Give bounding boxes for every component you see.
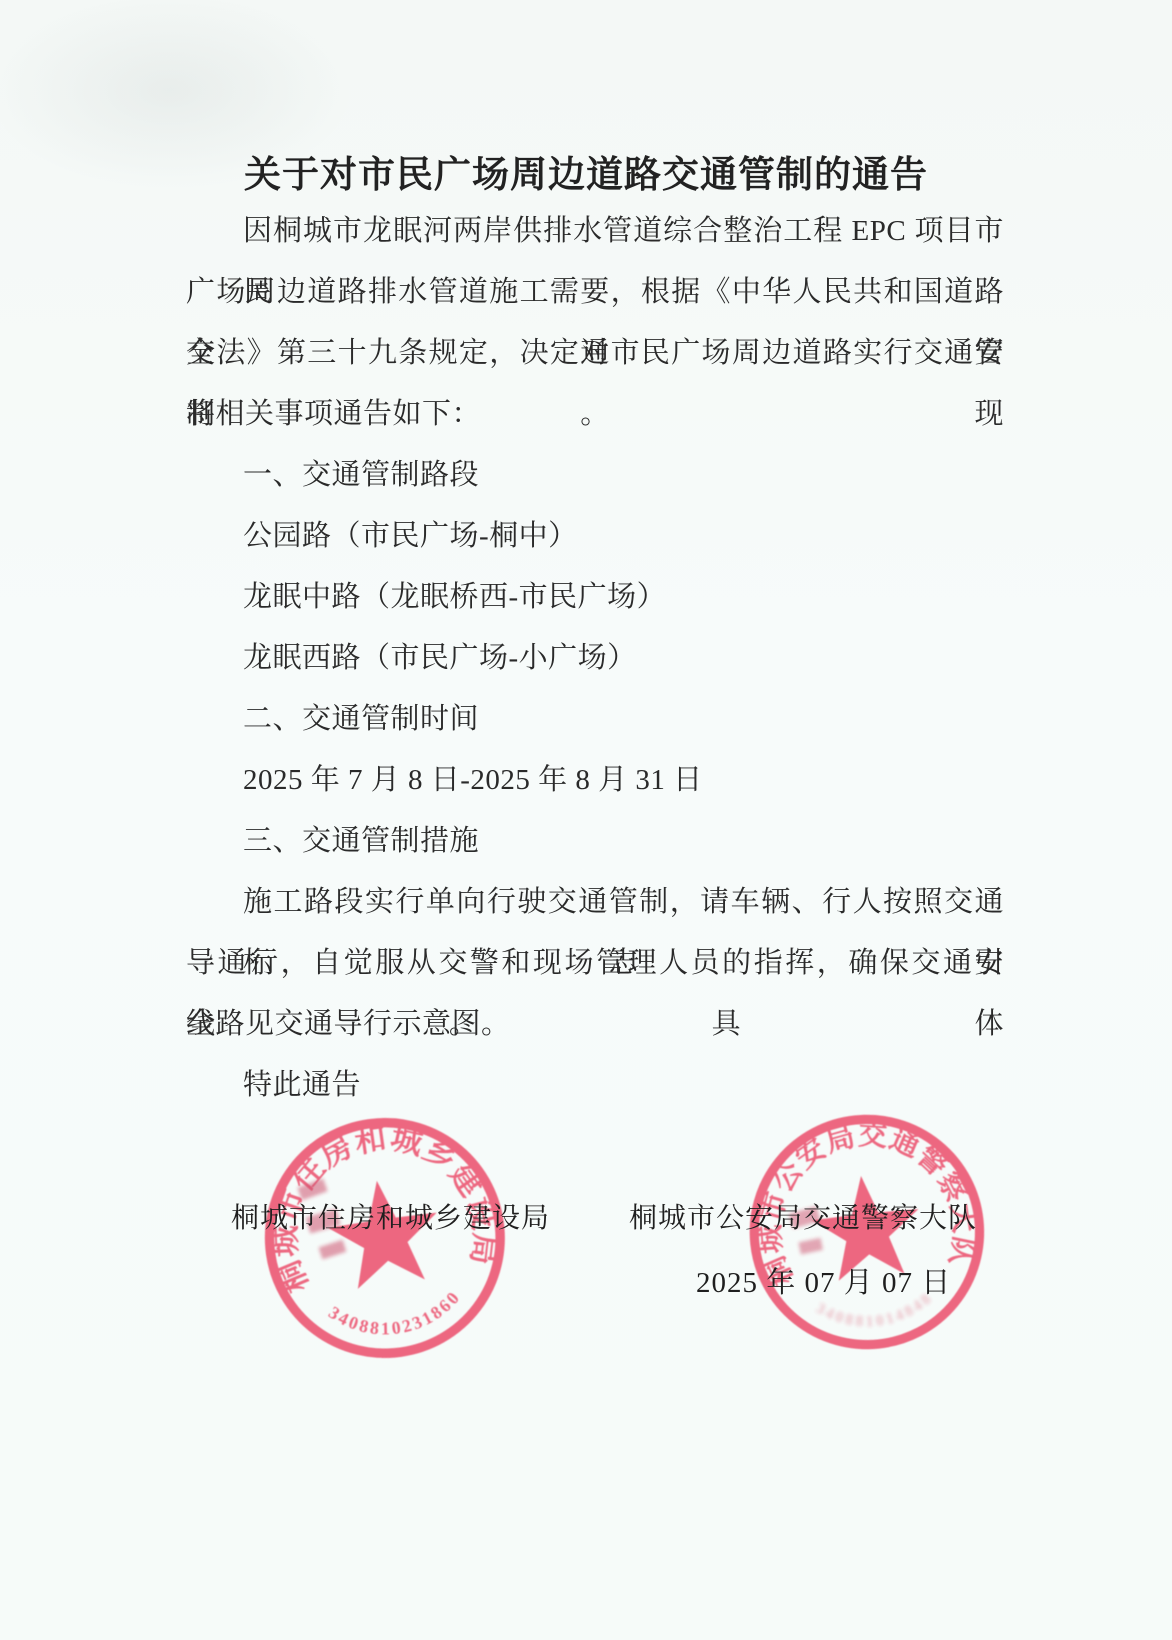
- body-line-section-1: 一、交通管制路段: [186, 445, 1004, 506]
- official-seal-housing-bureau: 桐城市住房和城乡建设局 3408810231860: [237, 1091, 533, 1387]
- signature-housing-bureau: 桐城市住房和城乡建设局: [231, 1196, 550, 1236]
- body-line-road-2: 龙眠中路（龙眠桥西-市民广场）: [186, 567, 1004, 628]
- body-line-section-3: 三、交通管制措施: [186, 811, 1004, 872]
- notice-title: 关于对市民广场周边道路交通管制的通告: [0, 144, 1172, 198]
- notice-body: 因桐城市龙眠河两岸供排水管道综合整治工程 EPC 项目市民 广场周边道路排水管道…: [186, 201, 1004, 1116]
- signature-traffic-police: 桐城市公安局交通警察大队: [629, 1196, 977, 1236]
- notice-date: 2025 年 07 月 07 日: [696, 1260, 951, 1301]
- notice-page: 关于对市民广场周边道路交通管制的通告 因桐城市龙眠河两岸供排水管道综合整治工程 …: [0, 0, 1172, 1640]
- body-line-section-2: 二、交通管制时间: [186, 689, 1004, 750]
- body-line: 广场周边道路排水管道施工需要，根据《中华人民共和国道路交通安: [186, 262, 1004, 323]
- body-line: 导通行，自觉服从交警和现场管理人员的指挥，确保交通安全。具体: [186, 933, 1004, 994]
- body-line: 因桐城市龙眠河两岸供排水管道综合整治工程 EPC 项目市民: [186, 201, 1004, 262]
- body-line-road-1: 公园路（市民广场-桐中）: [186, 506, 1004, 567]
- body-line-road-3: 龙眠西路（市民广场-小广场）: [186, 628, 1004, 689]
- body-line: 施工路段实行单向行驶交通管制，请车辆、行人按照交通标志引: [186, 872, 1004, 933]
- body-line-control-period: 2025 年 7 月 8 日-2025 年 8 月 31 日: [186, 750, 1004, 811]
- body-line: 全法》第三十九条规定，决定对市民广场周边道路实行交通管制。现: [186, 323, 1004, 384]
